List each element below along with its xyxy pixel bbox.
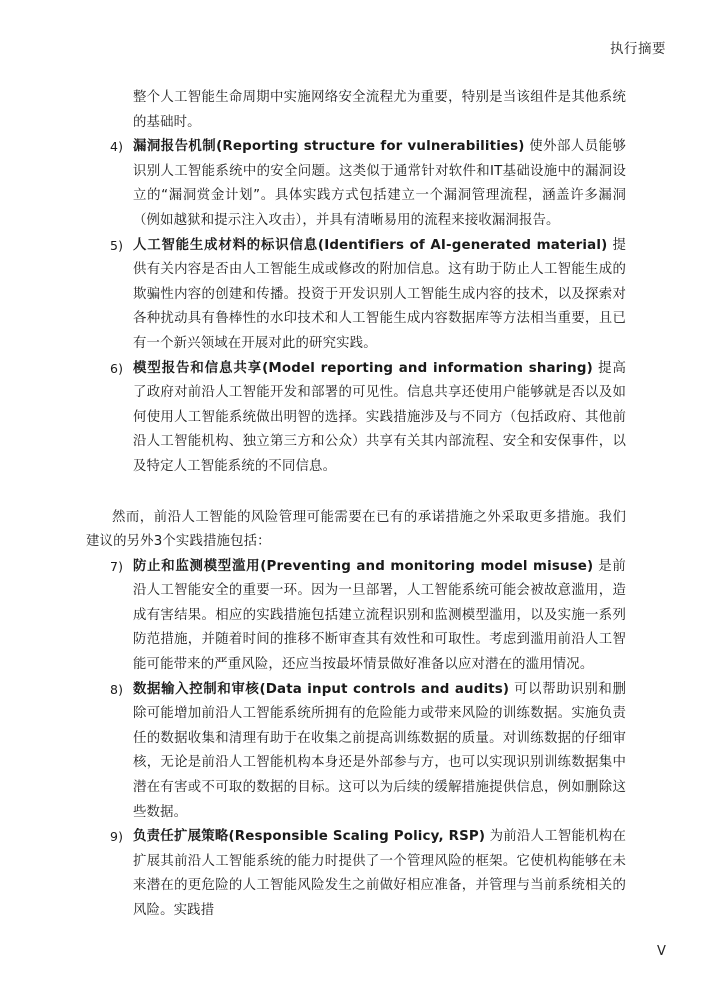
practice-list-part-1: 4)漏洞报告机制(Reporting structure for vulnera… (86, 135, 626, 479)
item-title-en: (Preventing and monitoring model misuse) (260, 559, 593, 574)
practice-list-part-2: 7)防止和监测模型滥用(Preventing and monitoring mo… (86, 555, 626, 924)
item-title-en: (Reporting structure for vulnerabilities… (216, 139, 524, 154)
list-item-6: 6)模型报告和信息共享(Model reporting and informat… (86, 357, 626, 480)
item-title-zh: 模型报告和信息共享 (133, 361, 262, 376)
list-number: 6) (110, 357, 123, 382)
item-title-zh: 负责任扩展策略 (133, 829, 229, 844)
running-header-title: 执行摘要 (610, 37, 666, 57)
body-paragraph: 然而，前沿人工智能的风险管理可能需要在已有的承诺措施之外采取更多措施。我们建议的… (86, 506, 626, 555)
list-item-4: 4)漏洞报告机制(Reporting structure for vulnera… (86, 135, 626, 233)
list-item-9: 9)负责任扩展策略(Responsible Scaling Policy, RS… (86, 825, 626, 923)
item-title-en: (Responsible Scaling Policy, RSP) (229, 829, 486, 844)
item-title-en: (Model reporting and information sharing… (262, 361, 593, 376)
item-body: 提供有关内容是否由人工智能生成或修改的附加信息。这有助于防止人工智能生成的欺骗性… (133, 238, 626, 351)
page-number: V (657, 944, 666, 959)
item-title-zh: 人工智能生成材料的标识信息 (133, 238, 318, 253)
document-body: 整个人工智能生命周期中实施网络安全流程尤为重要，特别是当该组件是其他系统的基础时… (86, 86, 626, 924)
list-number: 5) (110, 234, 123, 259)
list-item-5: 5)人工智能生成材料的标识信息(Identifiers of AI-genera… (86, 234, 626, 357)
list-number: 4) (110, 135, 123, 160)
list-item-8: 8)数据输入控制和审核(Data input controls and audi… (86, 678, 626, 826)
item-title-en: (Identifiers of AI-generated material) (318, 238, 607, 253)
list-number: 7) (110, 555, 123, 580)
item-body: 是前沿人工智能安全的重要一环。因为一旦部署，人工智能系统可能会被故意滥用，造成有… (133, 559, 626, 672)
item-title-zh: 漏洞报告机制 (133, 139, 216, 154)
list-number: 8) (110, 678, 123, 703)
item-title-zh: 防止和监测模型滥用 (133, 559, 260, 574)
continuation-text: 整个人工智能生命周期中实施网络安全流程尤为重要，特别是当该组件是其他系统的基础时… (133, 86, 626, 135)
item-body: 可以帮助识别和删除可能增加前沿人工智能系统所拥有的危险能力或带来风险的训练数据。… (133, 682, 626, 820)
list-item-7: 7)防止和监测模型滥用(Preventing and monitoring mo… (86, 555, 626, 678)
list-number: 9) (110, 825, 123, 850)
item-body: 提高了政府对前沿人工智能开发和部署的可见性。信息共享还使用户能够就是否以及如何使… (133, 361, 626, 474)
item-title-zh: 数据输入控制和审核 (133, 682, 259, 697)
item-title-en: (Data input controls and audits) (259, 682, 509, 697)
